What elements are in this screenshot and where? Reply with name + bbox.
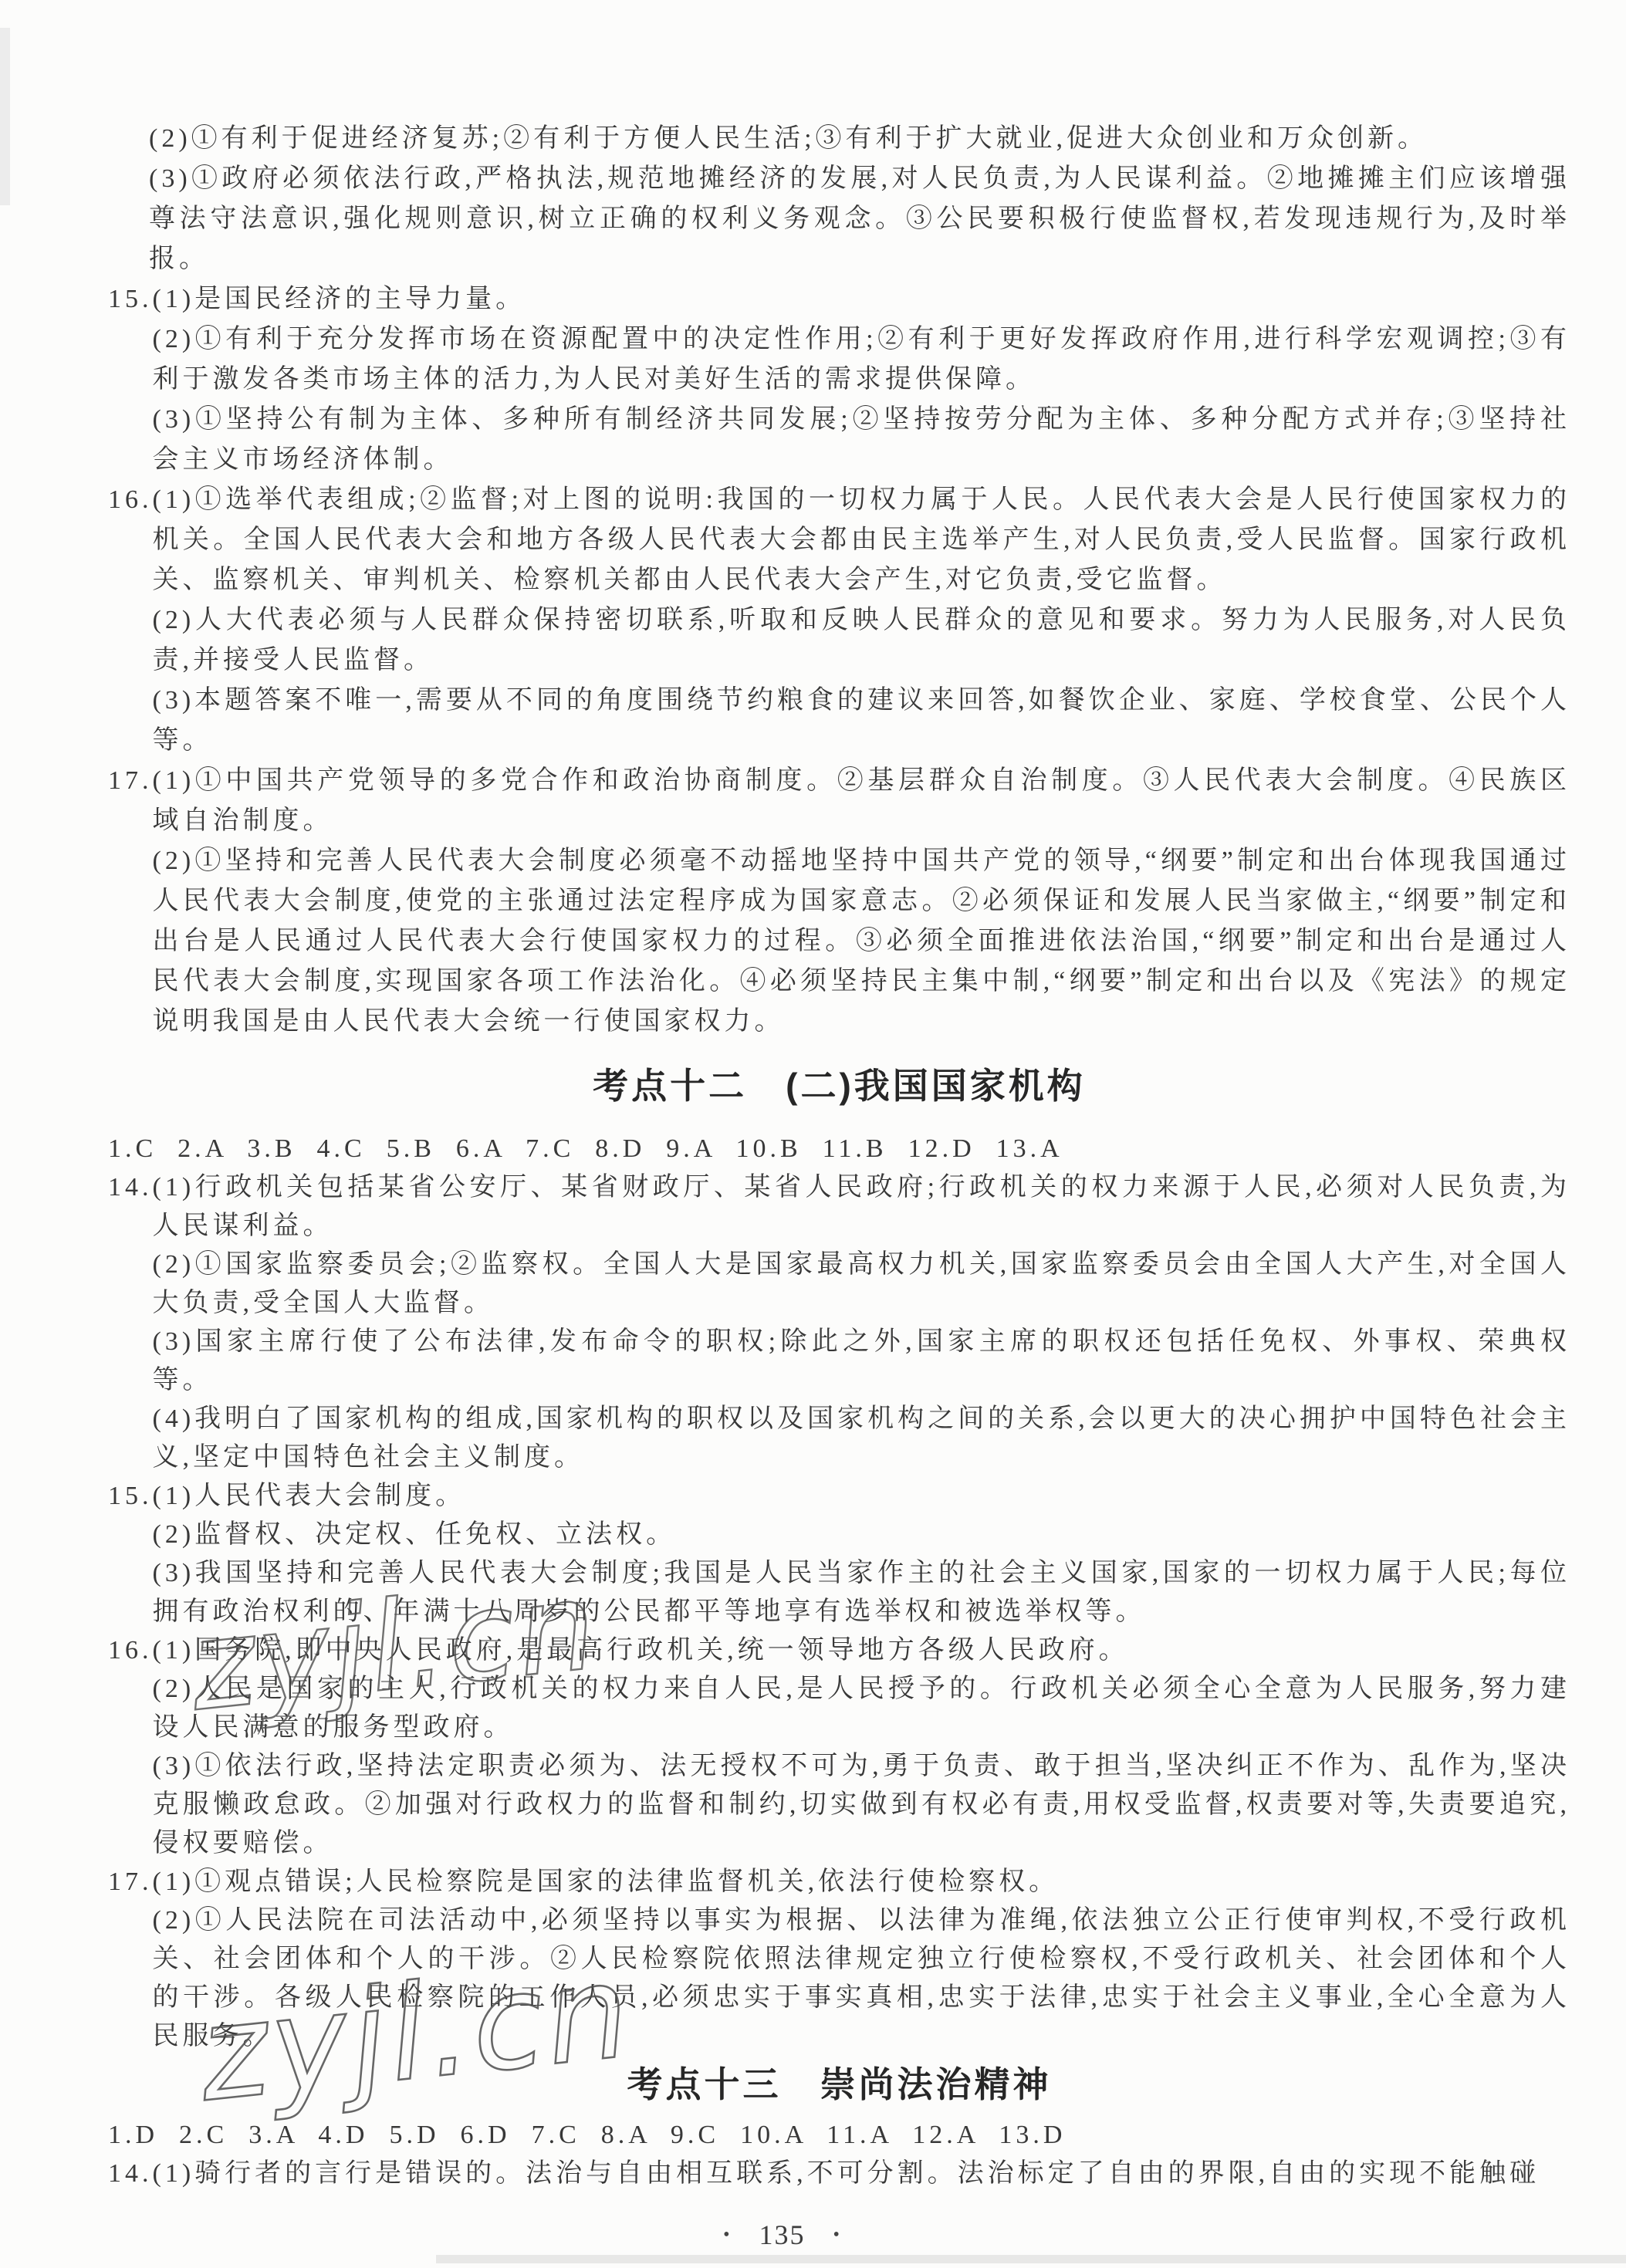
multiple-choice-answers: 1.D 2.C 3.A 4.D 5.D 6.D 7.C 8.A 9.C 10.A… [108,2116,1570,2155]
scan-artifact-left-edge [0,28,10,205]
answer-paragraph: (1)是国民经济的主导力量。 [153,279,1571,319]
answer-paragraph: (3)我国坚持和完善人民代表大会制度;我国是人民当家作主的社会主义国家,国家的一… [153,1554,1571,1631]
answer-paragraph: (2)人大代表必须与人民群众保持密切联系,听取和反映人民群众的意见和要求。努力为… [153,600,1571,681]
item-number: 16. [108,1631,153,1863]
answer-paragraph: (2)人民是国家的主人,行政机关的权力来自人民,是人民授予的。行政机关必须全心全… [153,1670,1571,1747]
answer-item: (2)①有利于促进经济复苏;②有利于方便人民生活;③有利于扩大就业,促进大众创业… [108,119,1570,279]
answer-paragraph: (3)本题答案不唯一,需要从不同的角度围绕节约粮食的建议来回答,如餐饮企业、家庭… [153,681,1571,761]
answer-item: 16. (1)国务院,即中央人民政府,是最高行政机关,统一领导地方各级人民政府。… [108,1631,1570,1863]
answer-paragraph: (3)国家主席行使了公布法律,发布命令的职权;除此之外,国家主席的职权还包括任免… [153,1323,1571,1400]
item-number: 15. [108,279,153,480]
page-number: • 135 • [51,2218,1513,2252]
section-heading-kaodian-13: 考点十三 崇尚法治精神 [108,2060,1570,2108]
scan-artifact-bottom-edge [436,2255,1626,2263]
item-body: (1)骑行者的言行是错误的。法治与自由相互联系,不可分割。法治标定了自由的界限,… [153,2155,1571,2193]
item-number: 15. [108,1477,153,1631]
scanned-answer-page: { "page": { "watermark_text": "zyjl.cn",… [0,0,1626,2268]
answer-paragraph: (1)①选举代表组成;②监督;对上图的说明:我国的一切权力属于人民。人民代表大会… [153,480,1571,600]
answer-paragraph: (1)①观点错误;人民检察院是国家的法律监督机关,依法行使检察权。 [153,1863,1571,1901]
section-answers-kaodian-13: 1.D 2.C 3.A 4.D 5.D 6.D 7.C 8.A 9.C 10.A… [108,2116,1570,2193]
page-number-dot-right: • [833,2218,841,2252]
answer-paragraph: (2)①有利于充分发挥市场在资源配置中的决定性作用;②有利于更好发挥政府作用,进… [153,319,1571,400]
item-body: (1)是国民经济的主导力量。 (2)①有利于充分发挥市场在资源配置中的决定性作用… [153,279,1571,480]
answer-item: 16. (1)①选举代表组成;②监督;对上图的说明:我国的一切权力属于人民。人民… [108,480,1570,761]
item-number: 14. [108,2155,153,2193]
answer-paragraph: (3)①坚持公有制为主体、多种所有制经济共同发展;②坚持按劳分配为主体、多种分配… [153,400,1571,480]
item-number: 17. [108,761,153,1042]
answer-paragraph: (1)行政机关包括某省公安厅、某省财政厅、某省人民政府;行政机关的权力来源于人民… [153,1168,1571,1246]
answer-paragraph: (2)①国家监察委员会;②监察权。全国人大是国家最高权力机关,国家监察委员会由全… [153,1246,1571,1323]
answer-paragraph: (1)骑行者的言行是错误的。法治与自由相互联系,不可分割。法治标定了自由的界限,… [153,2155,1571,2193]
item-number: 16. [108,480,153,761]
item-body: (1)人民代表大会制度。 (2)监督权、决定权、任免权、立法权。 (3)我国坚持… [153,1477,1571,1631]
answer-item: 17. (1)①中国共产党领导的多党合作和政治协商制度。②基层群众自治制度。③人… [108,761,1570,1042]
page-number-dot-left: • [723,2218,731,2252]
answer-item: 17. (1)①观点错误;人民检察院是国家的法律监督机关,依法行使检察权。 (2… [108,1863,1570,2056]
answer-item: 14. (1)骑行者的言行是错误的。法治与自由相互联系,不可分割。法治标定了自由… [108,2155,1570,2193]
answer-paragraph: (2)①有利于促进经济复苏;②有利于方便人民生活;③有利于扩大就业,促进大众创业… [149,119,1570,159]
answers-content: (2)①有利于促进经济复苏;②有利于方便人民生活;③有利于扩大就业,促进大众创业… [0,0,1626,2252]
answer-paragraph: (1)①中国共产党领导的多党合作和政治协商制度。②基层群众自治制度。③人民代表大… [153,761,1571,841]
item-number [108,119,149,279]
item-number: 14. [108,1168,153,1477]
multiple-choice-answers: 1.C 2.A 3.B 4.C 5.B 6.A 7.C 8.D 9.A 10.B… [108,1130,1570,1168]
answer-paragraph: (1)人民代表大会制度。 [153,1477,1571,1516]
answer-paragraph: (2)①人民法院在司法活动中,必须坚持以事实为根据、以法律为准绳,依法独立公正行… [153,1901,1571,2056]
item-body: (1)国务院,即中央人民政府,是最高行政机关,统一领导地方各级人民政府。 (2)… [153,1631,1571,1863]
answer-item: 14. (1)行政机关包括某省公安厅、某省财政厅、某省人民政府;行政机关的权力来… [108,1168,1570,1477]
answer-paragraph: (1)国务院,即中央人民政府,是最高行政机关,统一领导地方各级人民政府。 [153,1631,1571,1670]
answer-item: 15. (1)是国民经济的主导力量。 (2)①有利于充分发挥市场在资源配置中的决… [108,279,1570,480]
answer-paragraph: (4)我明白了国家机构的组成,国家机构的职权以及国家机构之间的关系,会以更大的决… [153,1400,1571,1477]
answer-paragraph: (2)监督权、决定权、任免权、立法权。 [153,1516,1571,1554]
section-answers-kaodian-12: 1.C 2.A 3.B 4.C 5.B 6.A 7.C 8.D 9.A 10.B… [108,1130,1570,2056]
item-body: (1)①中国共产党领导的多党合作和政治协商制度。②基层群众自治制度。③人民代表大… [153,761,1571,1042]
answer-paragraph: (2)①坚持和完善人民代表大会制度必须毫不动摇地坚持中国共产党的领导,“纲要”制… [153,841,1571,1042]
item-body: (1)①选举代表组成;②监督;对上图的说明:我国的一切权力属于人民。人民代表大会… [153,480,1571,761]
section-answers-previous: (2)①有利于促进经济复苏;②有利于方便人民生活;③有利于扩大就业,促进大众创业… [108,119,1570,1042]
answer-item: 15. (1)人民代表大会制度。 (2)监督权、决定权、任免权、立法权。 (3)… [108,1477,1570,1631]
answer-paragraph: (3)①依法行政,坚持法定职责必须为、法无授权不可为,勇于负责、敢于担当,坚决纠… [153,1747,1571,1863]
item-body: (2)①有利于促进经济复苏;②有利于方便人民生活;③有利于扩大就业,促进大众创业… [149,119,1570,279]
answer-paragraph: (3)①政府必须依法行政,严格执法,规范地摊经济的发展,对人民负责,为人民谋利益… [149,159,1570,279]
section-heading-kaodian-12: 考点十二 (二)我国国家机构 [108,1062,1570,1110]
item-body: (1)行政机关包括某省公安厅、某省财政厅、某省人民政府;行政机关的权力来源于人民… [153,1168,1571,1477]
page-number-value: 135 [759,2218,806,2252]
item-number: 17. [108,1863,153,2056]
item-body: (1)①观点错误;人民检察院是国家的法律监督机关,依法行使检察权。 (2)①人民… [153,1863,1571,2056]
